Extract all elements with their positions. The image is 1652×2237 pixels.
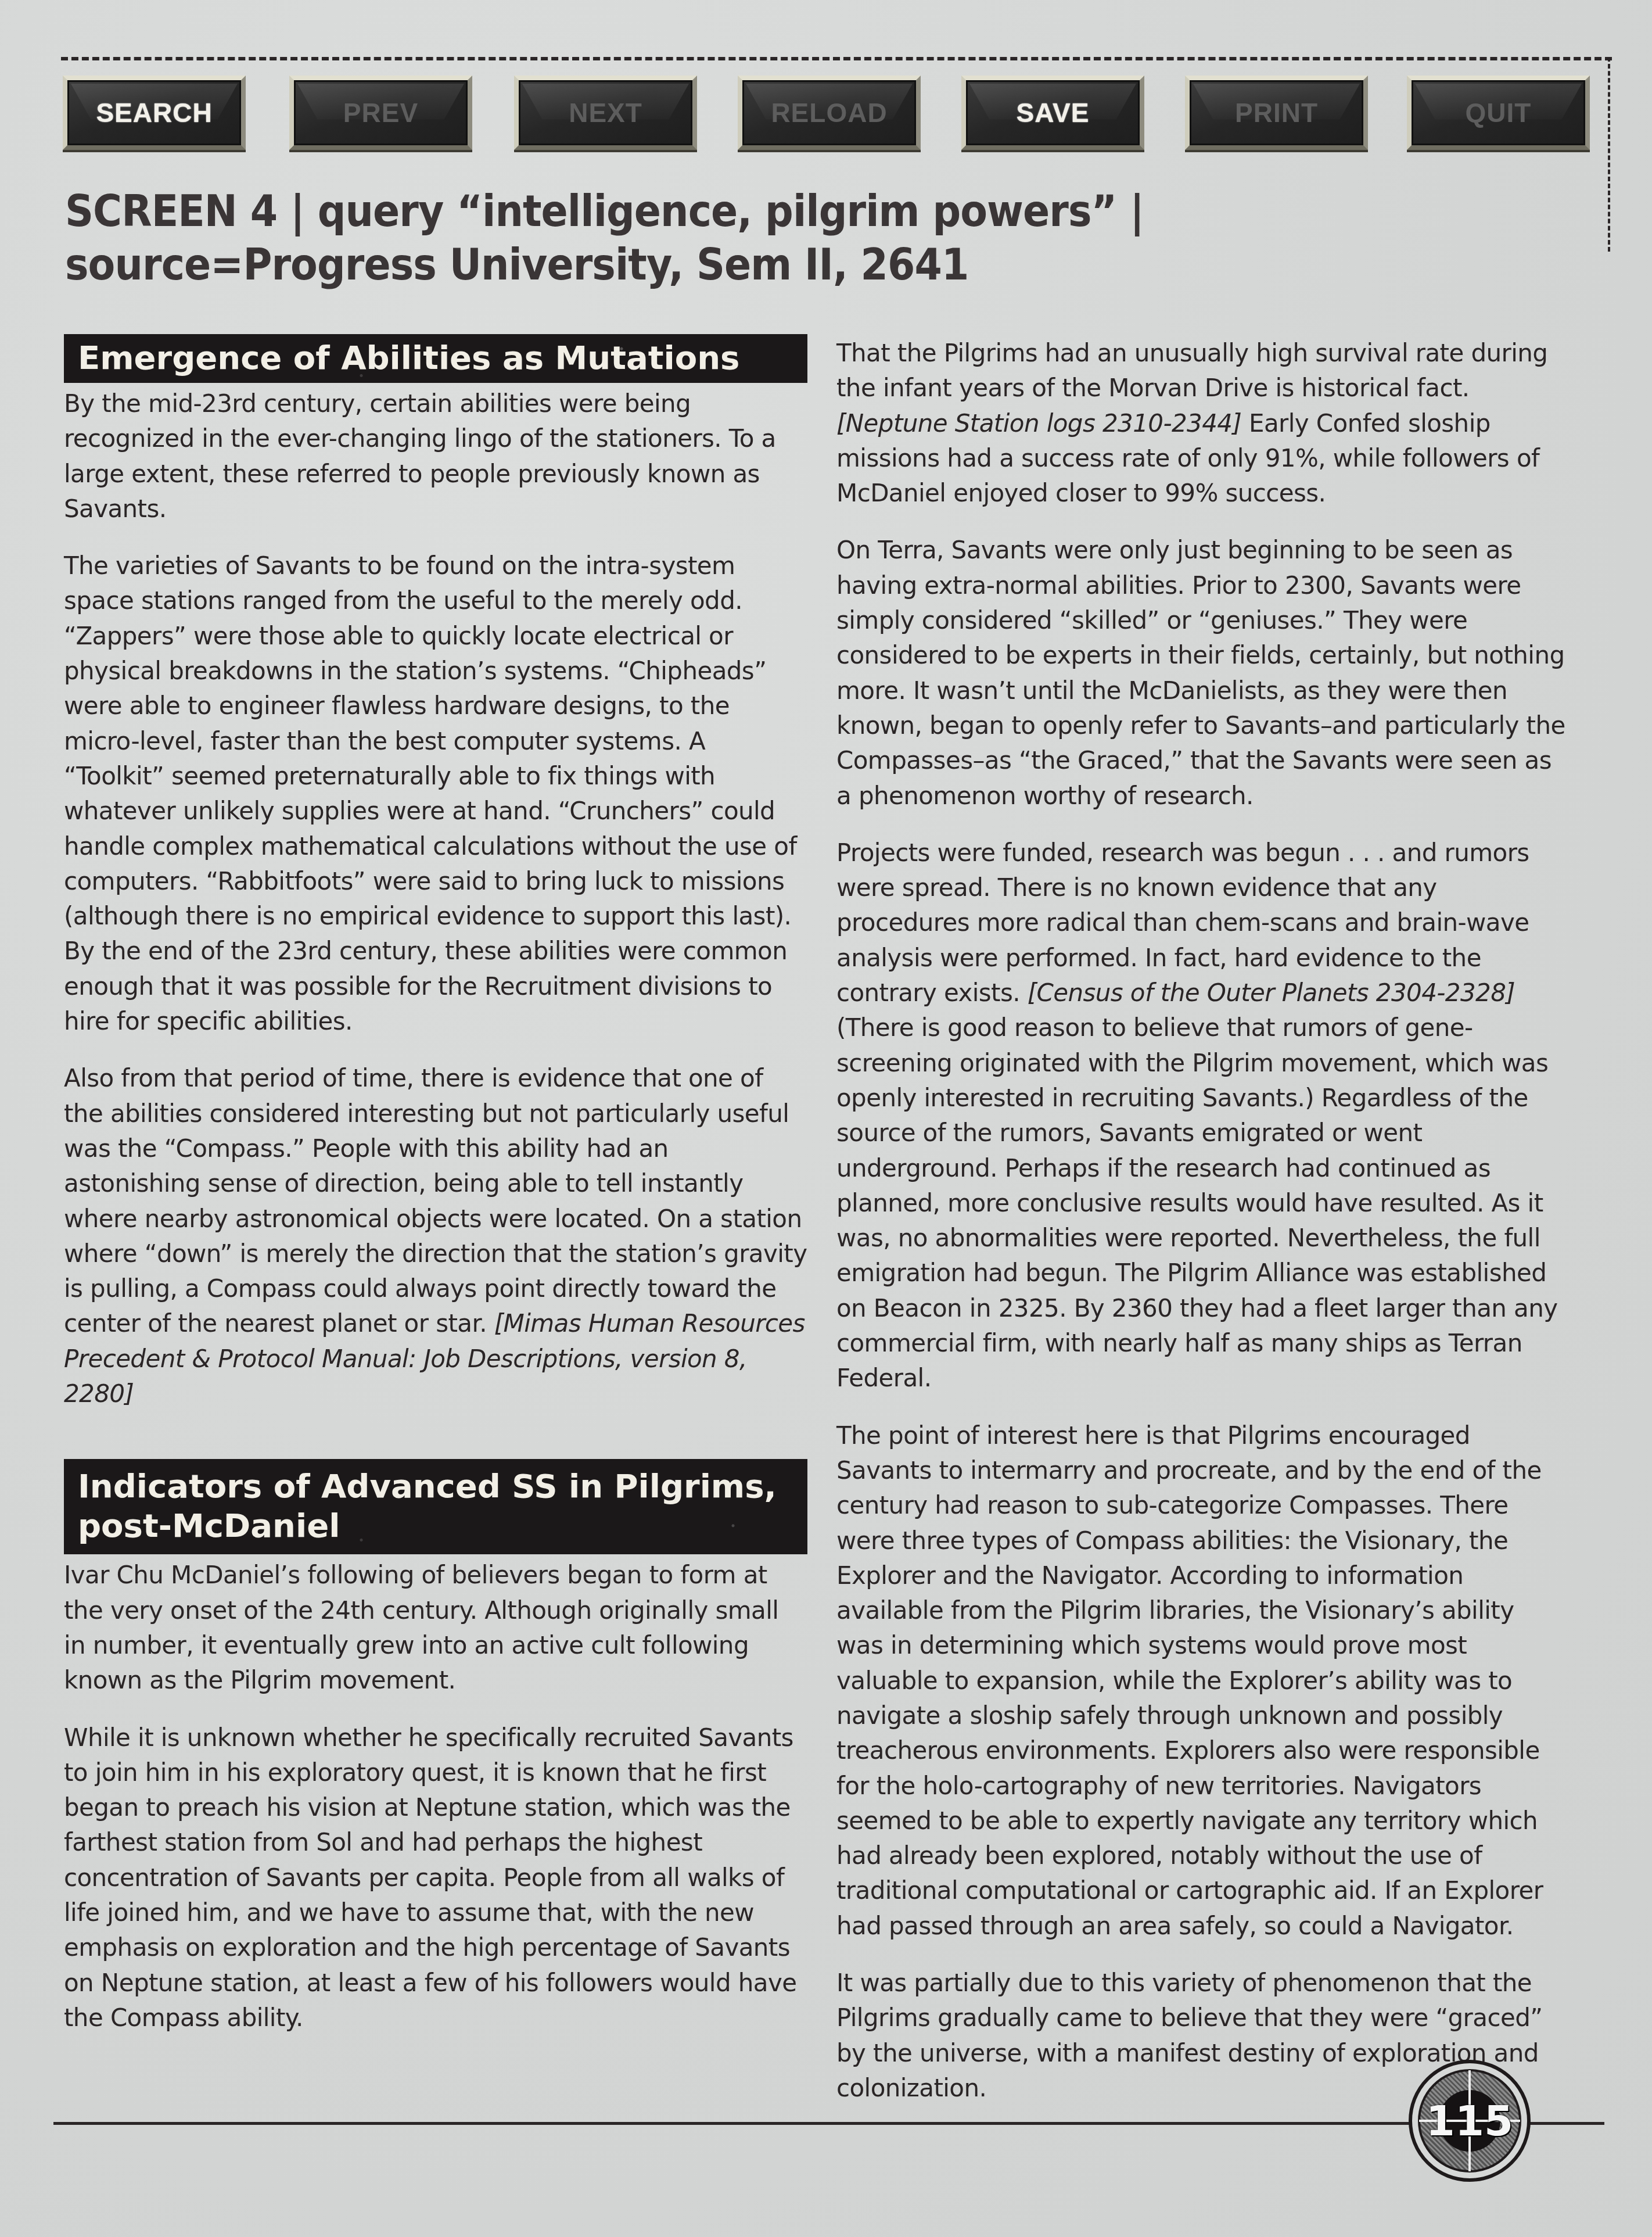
search-button-label: SEARCH: [96, 97, 212, 128]
page-number: 115: [1426, 2096, 1513, 2145]
reload-button[interactable]: RELOAD: [738, 76, 921, 150]
save-button[interactable]: SAVE: [961, 76, 1144, 150]
quit-button-label: QUIT: [1466, 97, 1532, 128]
paragraph: While it is unknown whether he specifica…: [64, 1720, 807, 2036]
toolbar: SEARCH PREV NEXT RELOAD SAVE PRINT QUIT: [63, 76, 1596, 157]
quit-button[interactable]: QUIT: [1407, 76, 1590, 150]
paragraph-text: That the Pilgrims had an unusually high …: [836, 339, 1547, 402]
left-column: Emergence of Abilities as Mutations By t…: [64, 334, 807, 2057]
paragraph: Projects were funded, research was begun…: [836, 836, 1565, 1396]
next-button-label: NEXT: [569, 97, 642, 128]
paragraph: On Terra, Savants were only just beginni…: [836, 533, 1565, 813]
dashed-frame-right: [1608, 57, 1610, 252]
dashed-frame-top: [61, 57, 1612, 60]
right-column: That the Pilgrims had an unusually high …: [836, 336, 1565, 2128]
citation: [Census of the Outer Planets 2304-2328]: [1028, 978, 1515, 1007]
prev-button[interactable]: PREV: [289, 76, 472, 150]
citation: [Neptune Station logs 2310-2344]: [836, 409, 1241, 438]
paragraph-text: Also from that period of time, there is …: [64, 1064, 807, 1338]
paragraph: Ivar Chu McDaniel’s following of believe…: [64, 1558, 807, 1698]
paragraph: By the mid-23rd century, certain abiliti…: [64, 386, 807, 526]
paragraph: Also from that period of time, there is …: [64, 1061, 807, 1411]
next-button[interactable]: NEXT: [514, 76, 697, 150]
page-title: SCREEN 4 | query “intelligence, pilgrim …: [65, 185, 1401, 292]
paragraph: The point of interest here is that Pilgr…: [836, 1418, 1565, 1944]
paragraph: The varieties of Savants to be found on …: [64, 549, 807, 1039]
save-button-label: SAVE: [1017, 97, 1090, 128]
print-button[interactable]: PRINT: [1185, 76, 1368, 150]
section-heading-emergence: Emergence of Abilities as Mutations: [64, 334, 807, 383]
section-heading-indicators: Indicators of Advanced SS in Pilgrims, p…: [64, 1459, 807, 1554]
paragraph-text: (There is good reason to believe that ru…: [836, 1013, 1558, 1392]
footer-rule: [53, 2122, 1604, 2125]
search-button[interactable]: SEARCH: [63, 76, 246, 150]
prev-button-label: PREV: [343, 97, 418, 128]
paragraph: That the Pilgrims had an unusually high …: [836, 336, 1565, 511]
reload-button-label: RELOAD: [771, 97, 887, 128]
print-button-label: PRINT: [1235, 97, 1318, 128]
page-number-badge: 115: [1409, 2060, 1531, 2182]
